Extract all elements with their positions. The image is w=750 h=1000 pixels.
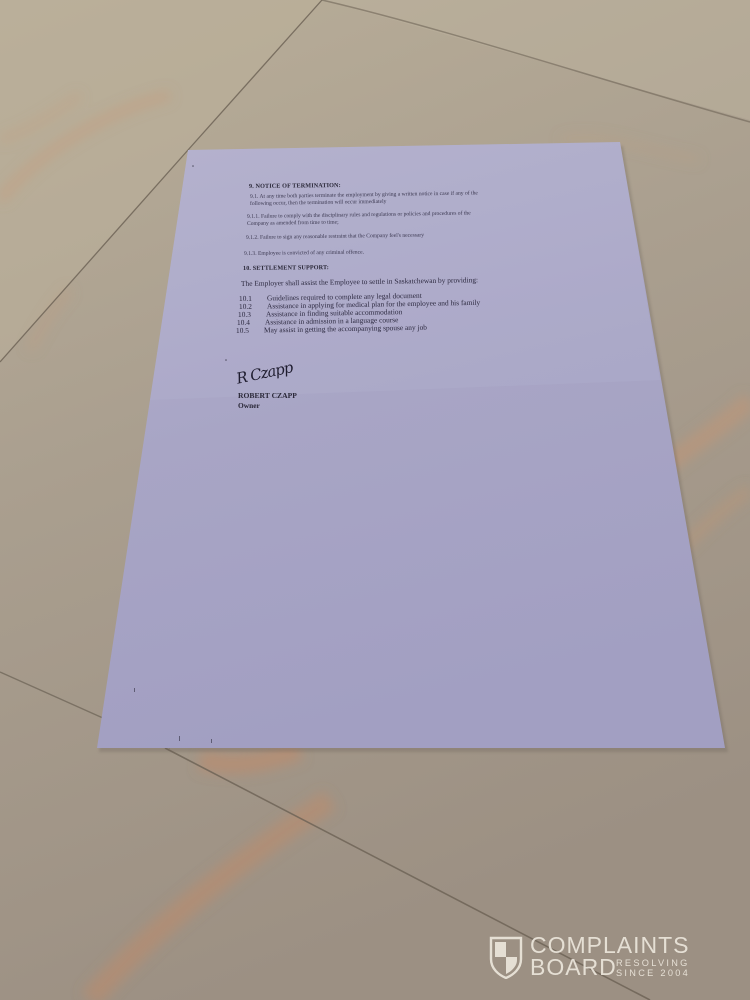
watermark-tagline: RESOLVING SINCE 2004 — [616, 958, 690, 978]
floor-and-paper — [0, 0, 750, 1000]
watermark-title-line2: BOARD — [530, 955, 617, 979]
watermark-tagline-line2: SINCE 2004 — [616, 968, 690, 978]
shield-logo-icon — [488, 935, 524, 979]
complaintsboard-watermark: COMPLAINTS BOARD RESOLVING SINCE 2004 — [488, 935, 708, 983]
photo-scene: 9. NOTICE OF TERMINATION: 9.1. At any ti… — [0, 0, 750, 1000]
watermark-tagline-line1: RESOLVING — [616, 958, 690, 968]
